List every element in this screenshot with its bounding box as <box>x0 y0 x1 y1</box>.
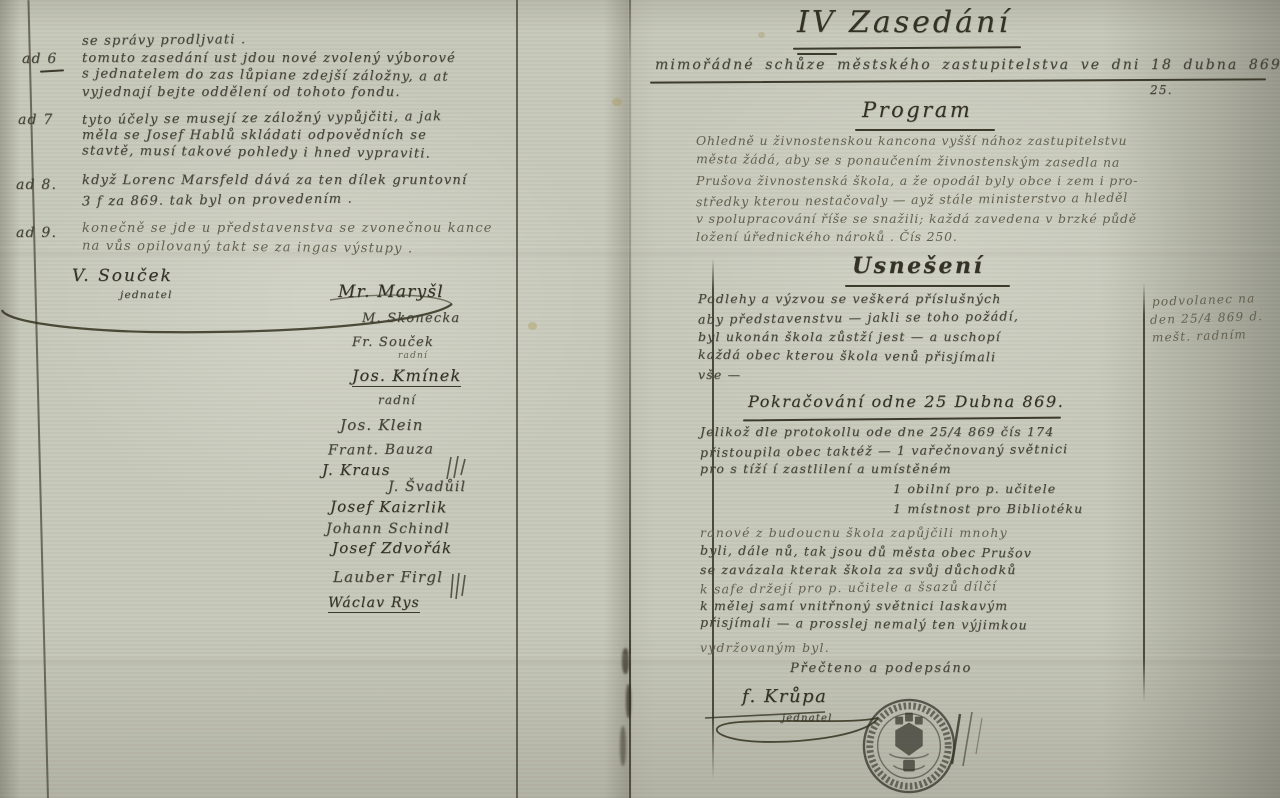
handwritten-line: ranové z budoucnu škola zapůjčili mnohy <box>700 527 1008 540</box>
handwritten-line: Podlehy a výzvou se veškerá příslušných <box>698 293 1002 306</box>
handwritten-line-indented: 1 obilní pro p. učitele <box>893 483 1056 496</box>
margin-note-line: den 25/4 869 d. <box>1150 310 1264 326</box>
handwritten-line: v spolupracování říše se snažili; každá … <box>696 213 1137 226</box>
margin-label-ad6: ad 6 <box>22 52 57 66</box>
program-heading: Program <box>862 100 972 121</box>
handwritten-line: tomuto zasedání ust jdou nové zvolený vý… <box>82 52 456 65</box>
session-title: IV Zasedání <box>797 8 1011 38</box>
handwritten-line: aby představenstvu — jakli se toho požád… <box>698 310 1019 326</box>
handwritten-line: se správy prodljvati . <box>82 33 246 48</box>
right-page-right-rule <box>1143 282 1145 702</box>
handwritten-line: byli, dále nů, tak jsou dů města obec Pr… <box>700 545 1032 560</box>
pen-tally-marks <box>448 572 468 602</box>
handwritten-line: 3 f za 869. tak byl on provedením . <box>82 193 353 209</box>
margin-label-ad8: ad 8. <box>16 178 57 192</box>
handwritten-line: když Lorenc Marsfeld dává za ten dílek g… <box>82 174 467 187</box>
paper-stain <box>758 32 765 38</box>
margin-note-line: mešt. radním <box>1152 328 1247 343</box>
handwritten-line: byl ukonán škola zůstží jest — a uschopí <box>698 331 1001 344</box>
continuation-heading: Pokračování odne 25 Dubna 869. <box>748 394 1064 410</box>
handwritten-line: k safe držejí pro p. učitele a šsazů díl… <box>700 580 997 596</box>
fold-ink-mark <box>626 684 631 718</box>
handwritten-line: vyjednají bejte oddělení od tohoto fondu… <box>82 86 401 99</box>
council-signature: Fr. Souček <box>352 336 434 349</box>
council-signature: Johann Schindl <box>326 522 450 536</box>
council-signature: Frant. Bauza <box>328 442 434 457</box>
council-signature: Lauber Firgl <box>333 570 443 585</box>
stray-pen-strokes <box>948 712 994 768</box>
left-page-right-rule <box>516 0 518 798</box>
closing-line: Přečteno a podepsáno <box>790 662 972 675</box>
pen-tally-marks <box>445 455 467 483</box>
handwritten-line: k mělej samí vnitřnoný světnici laskavým <box>700 600 1008 613</box>
handwritten-line: přistoupila obec taktéž — 1 vařečnovaný … <box>700 443 1068 459</box>
council-signature: Josef Kaizrlik <box>330 499 448 515</box>
council-signature: Jos. Klein <box>340 418 424 433</box>
manuscript-scan: se správy prodljvati . ad 6 tomuto zased… <box>0 0 1280 798</box>
fold-ink-mark <box>620 726 626 766</box>
subtitle-number: 25. <box>1150 84 1173 96</box>
margin-label-underline <box>40 69 64 72</box>
council-signature: Jos. Kmínek <box>352 368 461 387</box>
handwritten-line: vše — <box>698 369 741 382</box>
margin-note-line: podvolanec na <box>1152 292 1256 308</box>
title-underline <box>793 46 1021 50</box>
handwritten-line: Ohledně u živnostenskou kancona vyšší ná… <box>696 135 1127 148</box>
handwritten-line: Jelikož dle protokollu ode dne 25/4 869 … <box>700 426 1054 439</box>
handwritten-line: měla se Josef Hablů skládati odpovědních… <box>82 129 427 142</box>
council-signature: M. Skonecka <box>362 312 460 325</box>
horizontal-crease <box>0 654 1280 664</box>
council-signature-note: radní <box>398 352 428 361</box>
council-signature: J. Kraus <box>322 463 391 478</box>
council-signature: Wáclav Rys <box>328 596 420 613</box>
council-signature: Josef Zdvořák <box>332 541 452 556</box>
handwritten-line: konečně se jde u představenstva se zvone… <box>82 222 493 235</box>
resolution-underline <box>845 285 1010 287</box>
handwritten-line: pro s tíží í zastlilení a umístěném <box>700 463 952 476</box>
handwritten-line: stavtě, musí takové pohledy i hned vypra… <box>82 144 431 160</box>
title-numeral-underline <box>797 53 837 55</box>
council-signature-note: radní <box>378 394 416 406</box>
handwritten-line: tyto účely se musejí ze záložný vypůjčit… <box>82 110 442 127</box>
handwritten-line: Prušova živnostenská škola, a že opodál … <box>696 175 1138 188</box>
paper-stain <box>528 322 537 330</box>
round-ink-stamp <box>860 696 958 796</box>
handwritten-line: ložení úřednického nároků . Čís 250. <box>696 231 958 244</box>
handwritten-line: s jednatelem do zas lůpiane zdejší zálož… <box>82 67 449 83</box>
handwritten-line: vydržovaným byl. <box>700 642 830 655</box>
program-underline <box>855 129 995 131</box>
paper-stain <box>612 98 622 106</box>
handwritten-line: středky kterou nestačovaly — ayž stále m… <box>696 192 1128 209</box>
center-fold-crease <box>629 0 631 798</box>
handwritten-line: každá obec kterou škola venů přisjímali <box>698 349 996 364</box>
handwritten-line: na vůs opilovaný takt se za ingas výstup… <box>82 240 413 256</box>
handwritten-line: přisjímali — a prosslej nemalý ten výjim… <box>700 617 1028 632</box>
handwritten-line-indented: 1 místnost pro Bibliotéku <box>893 503 1083 516</box>
session-subtitle: mimořádné schůze městského zastupitelstv… <box>655 58 1280 72</box>
handwritten-line: města žádá, aby se s ponaučením živnoste… <box>696 153 1120 169</box>
margin-label-ad7: ad 7 <box>18 113 53 127</box>
council-signature: Mr. Maryšl <box>338 284 444 301</box>
handwritten-line: se zavázala kterak škola za svůj důchodk… <box>700 564 1017 577</box>
continuation-underline <box>743 417 1061 422</box>
subtitle-underline <box>650 78 1266 83</box>
resolution-heading: Usnešení <box>852 255 984 277</box>
margin-label-ad9: ad 9. <box>16 226 57 240</box>
